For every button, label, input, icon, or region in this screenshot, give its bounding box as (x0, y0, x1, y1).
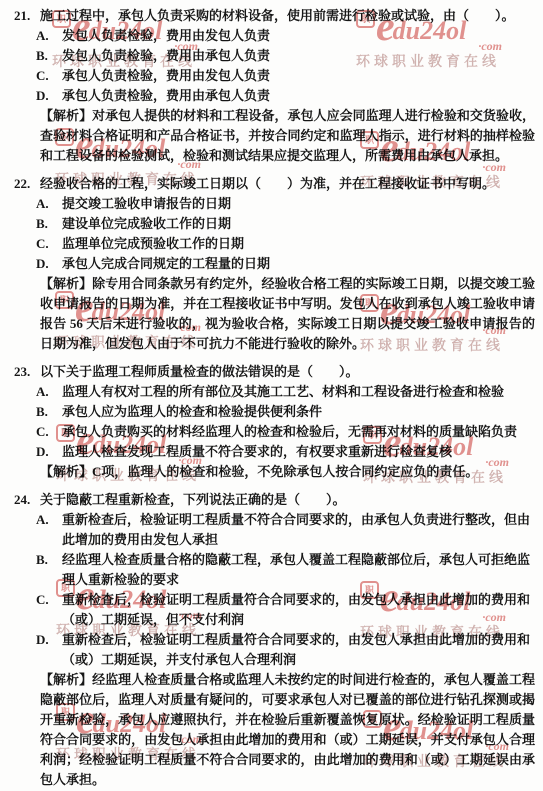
option-label: C. (36, 234, 62, 254)
question: 23. 以下关于监理工程师质量检查的做法错误的是（ ）。 A. 监理人有权对工程… (14, 362, 535, 482)
option-row: D. 承包人完成合同规定的工程量的日期 (36, 254, 535, 274)
question: 24. 关于隐蔽工程重新检查，下列说法正确的是（ ）。 A. 重新检查后，检验证… (14, 490, 535, 790)
analysis-label: 【解析】 (40, 464, 92, 479)
question: 22. 经验收合格的工程，实际竣工日期以（ ）为准，并在工程接收证书中写明。 A… (14, 174, 535, 354)
question-number: 21. (14, 6, 40, 26)
analysis-text: 除专用合同条款另有约定外，经验收合格工程的实际竣工日期，以提交竣工验收申请报告的… (40, 276, 535, 351)
option-label: D. (36, 630, 62, 670)
option-row: D. 监理人检查发现工程质量不符合要求的，有权要求重新进行检查复核 (36, 442, 535, 462)
option-label: C. (36, 422, 62, 442)
analysis: 【解析】对承包人提供的材料和工程设备，承包人应会同监理人进行检验和交货验收，查验… (40, 106, 535, 166)
option-row: C. 承包人负责购买的材料经监理人的检查和检验后，无需再对材料的质量缺陷负责 (36, 422, 535, 442)
question-stem: 施工过程中，承包人负责采购的材料设备，使用前需进行检验或试验，由（ ）。 (40, 6, 535, 26)
option-label: B. (36, 550, 62, 590)
option-text: 承包人负责检验，费用由发包人负责 (62, 66, 535, 86)
question-list: 21. 施工过程中，承包人负责采购的材料设备，使用前需进行检验或试验，由（ ）。… (14, 6, 535, 791)
option-text: 建设单位完成验收工作的日期 (62, 214, 535, 234)
option-row: A. 重新检查后，检验证明工程质量不符合合同要求的，由承包人负责进行整改，但由此… (36, 510, 535, 550)
option-label: A. (36, 510, 62, 550)
option-label: D. (36, 442, 62, 462)
option-label: B. (36, 46, 62, 66)
option-text: 经监理人检查质量合格的隐蔽工程，承包人覆盖工程隐蔽部位后，承包人可拒绝监理人重新… (62, 550, 535, 590)
question-header: 21. 施工过程中，承包人负责采购的材料设备，使用前需进行检验或试验，由（ ）。 (14, 6, 535, 26)
option-label: A. (36, 382, 62, 402)
option-row: A. 提交竣工验收申请报告的日期 (36, 194, 535, 214)
analysis: 【解析】除专用合同条款另有约定外，经验收合格工程的实际竣工日期，以提交竣工验收申… (40, 274, 535, 354)
option-label: B. (36, 402, 62, 422)
option-label: A. (36, 26, 62, 46)
option-row: A. 监理人有权对工程的所有部位及其施工工艺、材料和工程设备进行检查和检验 (36, 382, 535, 402)
option-group: A. 发包人负责检验，费用由发包人负责 B. 发包人负责检验，费用由承包人负责 … (14, 26, 535, 106)
option-row: D. 承包人负责检验，费用由承包人负责 (36, 86, 535, 106)
option-text: 重新检查后，检验证明工程质量符合合同要求的，由发包人承担由此增加的费用和（或）工… (62, 590, 535, 630)
analysis: 【解析】C项，监理人的检查和检验，不免除承包人按合同约定应负的责任。 (40, 462, 535, 482)
analysis-label: 【解析】 (40, 108, 92, 123)
question-number: 22. (14, 174, 40, 194)
analysis: 【解析】经监理人检查质量合格或监理人未按约定的时间进行检查的，承包人覆盖工程隐蔽… (40, 670, 535, 790)
option-text: 承包人应为监理人的检查和检验提供便利条件 (62, 402, 535, 422)
analysis-label: 【解析】 (40, 276, 92, 291)
option-group: A. 监理人有权对工程的所有部位及其施工工艺、材料和工程设备进行检查和检验 B.… (14, 382, 535, 462)
option-text: 监理人有权对工程的所有部位及其施工工艺、材料和工程设备进行检查和检验 (62, 382, 535, 402)
question-stem: 以下关于监理工程师质量检查的做法错误的是（ ）。 (40, 362, 535, 382)
analysis-text: 经监理人检查质量合格或监理人未按约定的时间进行检查的，承包人覆盖工程隐蔽部位后，… (40, 672, 535, 787)
option-text: 重新检查后，检验证明工程质量符合合同要求的，由发包人承担由此增加的费用和（或）工… (62, 630, 535, 670)
option-label: D. (36, 86, 62, 106)
option-text: 监理单位完成预验收工作的日期 (62, 234, 535, 254)
option-row: D. 重新检查后，检验证明工程质量符合合同要求的，由发包人承担由此增加的费用和（… (36, 630, 535, 670)
option-group: A. 提交竣工验收申请报告的日期 B. 建设单位完成验收工作的日期 C. 监理单… (14, 194, 535, 274)
option-row: B. 承包人应为监理人的检查和检验提供便利条件 (36, 402, 535, 422)
option-row: B. 建设单位完成验收工作的日期 (36, 214, 535, 234)
question-stem: 经验收合格的工程，实际竣工日期以（ ）为准，并在工程接收证书中写明。 (40, 174, 535, 194)
question-number: 23. (14, 362, 40, 382)
question-number: 24. (14, 490, 40, 510)
option-text: 承包人负责购买的材料经监理人的检查和检验后，无需再对材料的质量缺陷负责 (62, 422, 535, 442)
option-text: 发包人负责检验，费用由发包人负责 (62, 26, 535, 46)
analysis-label: 【解析】 (40, 672, 92, 687)
option-row: C. 承包人负责检验，费用由发包人负责 (36, 66, 535, 86)
option-text: 监理人检查发现工程质量不符合要求的，有权要求重新进行检查复核 (62, 442, 535, 462)
option-text: 发包人负责检验，费用由承包人负责 (62, 46, 535, 66)
option-text: 承包人完成合同规定的工程量的日期 (62, 254, 535, 274)
option-label: C. (36, 590, 62, 630)
question: 21. 施工过程中，承包人负责采购的材料设备，使用前需进行检验或试验，由（ ）。… (14, 6, 535, 166)
page: 21. 施工过程中，承包人负责采购的材料设备，使用前需进行检验或试验，由（ ）。… (0, 0, 543, 791)
analysis-text: C项，监理人的检查和检验，不免除承包人按合同约定应负的责任。 (92, 464, 478, 479)
option-label: B. (36, 214, 62, 234)
question-header: 24. 关于隐蔽工程重新检查，下列说法正确的是（ ）。 (14, 490, 535, 510)
option-group: A. 重新检查后，检验证明工程质量不符合合同要求的，由承包人负责进行整改，但由此… (14, 510, 535, 670)
option-label: A. (36, 194, 62, 214)
question-header: 23. 以下关于监理工程师质量检查的做法错误的是（ ）。 (14, 362, 535, 382)
option-row: C. 重新检查后，检验证明工程质量符合合同要求的，由发包人承担由此增加的费用和（… (36, 590, 535, 630)
option-row: C. 监理单位完成预验收工作的日期 (36, 234, 535, 254)
option-label: C. (36, 66, 62, 86)
option-text: 重新检查后，检验证明工程质量不符合合同要求的，由承包人负责进行整改，但由此增加的… (62, 510, 535, 550)
option-label: D. (36, 254, 62, 274)
question-stem: 关于隐蔽工程重新检查，下列说法正确的是（ ）。 (40, 490, 535, 510)
question-header: 22. 经验收合格的工程，实际竣工日期以（ ）为准，并在工程接收证书中写明。 (14, 174, 535, 194)
option-row: B. 发包人负责检验，费用由承包人负责 (36, 46, 535, 66)
option-text: 承包人负责检验，费用由承包人负责 (62, 86, 535, 106)
analysis-text: 对承包人提供的材料和工程设备，承包人应会同监理人进行检验和交货验收，查验材料合格… (40, 108, 535, 163)
option-row: B. 经监理人检查质量合格的隐蔽工程，承包人覆盖工程隐蔽部位后，承包人可拒绝监理… (36, 550, 535, 590)
option-text: 提交竣工验收申请报告的日期 (62, 194, 535, 214)
option-row: A. 发包人负责检验，费用由发包人负责 (36, 26, 535, 46)
